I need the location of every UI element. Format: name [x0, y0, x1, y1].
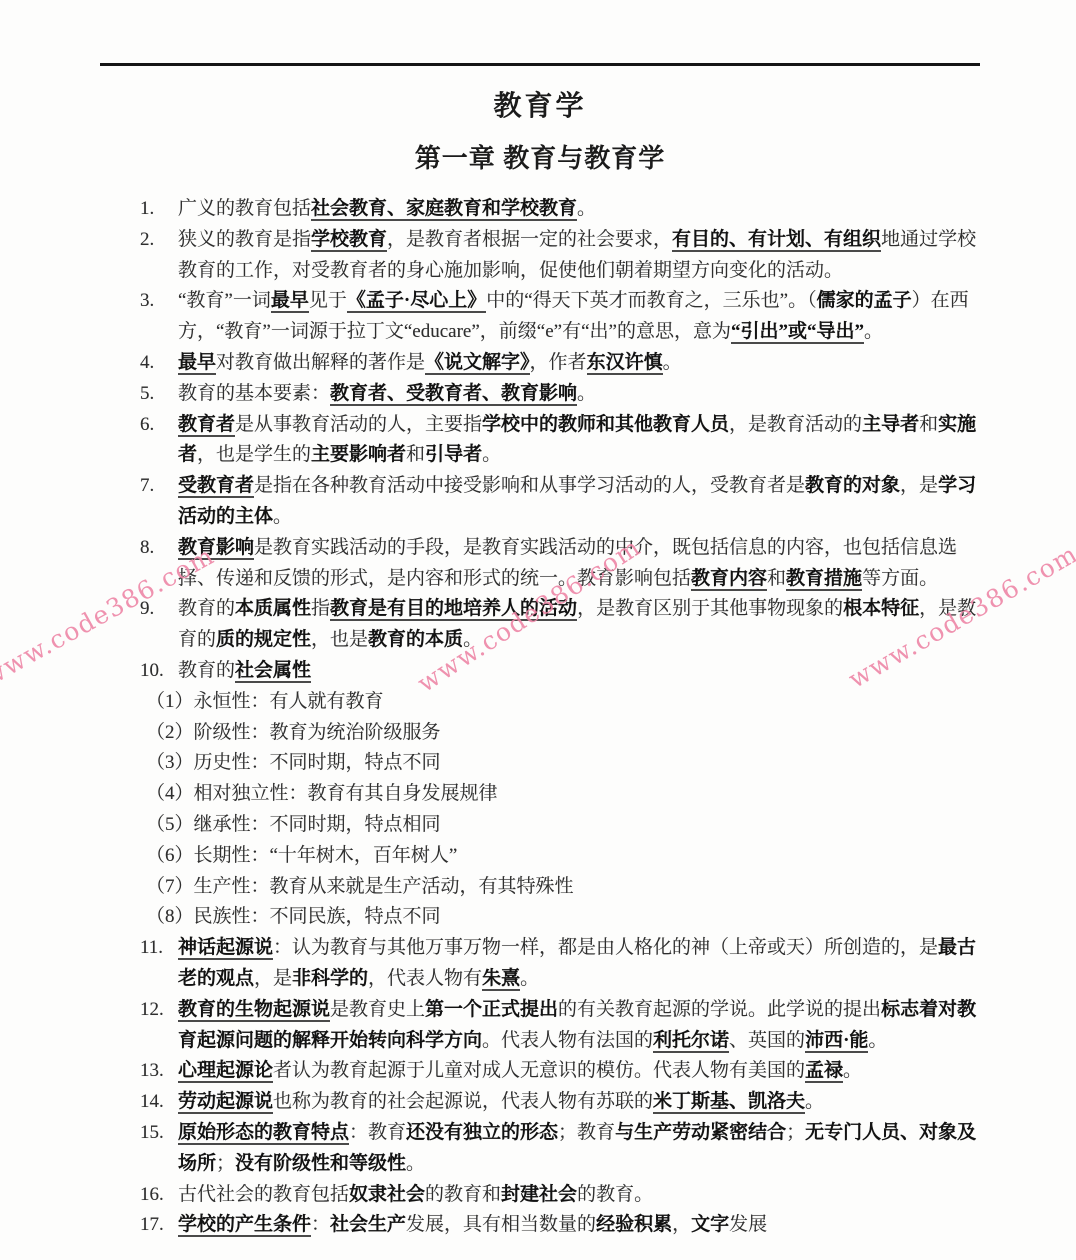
text-segment: 指 [311, 598, 330, 619]
list-item-number: 9. [140, 594, 178, 625]
text-segment: （6）长期性：“十年树木，百年树人” [146, 845, 457, 866]
text-segment: “引出”或“导出” [731, 321, 864, 344]
text-segment: 第一个正式提出 [425, 999, 558, 1020]
text-segment: ，是 [254, 968, 292, 989]
document-title: 教育学 [100, 84, 980, 124]
text-segment: 对教育做出解释的著作是 [216, 352, 425, 373]
list-item-number: 8. [140, 533, 178, 564]
list-item: 8.教育影响是教育实践活动的手段，是教育实践活动的中介，既包括信息的内容，也包括… [140, 533, 988, 595]
text-segment: 发展 [729, 1214, 767, 1235]
text-segment: 最早 [271, 290, 309, 313]
text-segment: （3）历史性：不同时期，特点不同 [146, 752, 441, 773]
text-segment: 东汉许慎 [587, 352, 663, 375]
list-item: 17.学校的产生条件：社会生产发展，具有相当数量的经验积累，文字发展 [140, 1210, 988, 1241]
list-subitem: （7）生产性：教育从来就是生产活动，有其特殊性 [140, 872, 988, 903]
text-segment: ； [786, 1122, 805, 1143]
text-segment: 社会属性 [235, 660, 311, 683]
text-segment: 。 [864, 321, 883, 342]
list-item: 9.教育的本质属性指教育是有目的地培养人的活动，是教育区别于其他事物现象的根本特… [140, 594, 988, 656]
text-segment: ，代表人物有 [368, 968, 482, 989]
text-segment: 教育的 [178, 598, 235, 619]
text-segment: 教育内容 [691, 568, 767, 591]
text-segment: 米丁斯基、凯洛夫 [653, 1091, 805, 1114]
text-segment: 引导者 [425, 444, 482, 465]
text-segment: （5）继承性：不同时期，特点相同 [146, 814, 441, 835]
document-page: 教育学 第一章 教育与教育学 1.广义的教育包括社会教育、家庭教育和学校教育。2… [0, 0, 1076, 1260]
list-item: 14.劳动起源说也称为教育的社会起源说，代表人物有苏联的米丁斯基、凯洛夫。 [140, 1087, 988, 1118]
text-segment: 非科学的 [292, 968, 368, 989]
text-segment: 教育措施 [786, 568, 862, 591]
notes-list: 1.广义的教育包括社会教育、家庭教育和学校教育。2.狭义的教育是指学校教育，是教… [140, 194, 988, 1241]
text-segment: 和 [406, 444, 425, 465]
text-segment: 。 [482, 444, 501, 465]
list-item: 7.受教育者是指在各种教育活动中接受影响和从事学习活动的人，受教育者是教育的对象… [140, 471, 988, 533]
text-segment: ：教育 [349, 1122, 406, 1143]
text-segment: 教育的本质 [368, 629, 463, 650]
text-segment: 教育的 [178, 660, 235, 681]
text-segment: 教育的基本要素： [178, 383, 330, 404]
text-segment: 。代表人物有法国的 [482, 1030, 653, 1051]
text-segment: 是指在各种教育活动中接受影响和从事学习活动的人，受教育者是 [254, 475, 805, 496]
text-segment: ，也是学生的 [197, 444, 311, 465]
text-segment: 和 [919, 414, 938, 435]
list-item-number: 12. [140, 995, 178, 1026]
text-segment: 根本特征 [843, 598, 919, 619]
text-segment: 。 [577, 383, 596, 404]
list-item: 2.狭义的教育是指学校教育，是教育者根据一定的社会要求，有目的、有计划、有组织地… [140, 225, 988, 287]
list-subitem: （6）长期性：“十年树木，百年树人” [140, 841, 988, 872]
text-segment: 发展，具有相当数量的 [406, 1214, 596, 1235]
list-item-number: 17. [140, 1210, 178, 1241]
list-item: 4.最早对教育做出解释的著作是《说文解字》，作者东汉许慎。 [140, 348, 988, 379]
text-segment: 有目的、有计划、有组织 [672, 229, 881, 252]
text-segment: 教育的对象 [805, 475, 900, 496]
list-item-number: 14. [140, 1087, 178, 1118]
text-segment: 是从事教育活动的人，主要指 [235, 414, 482, 435]
list-item-number: 11. [140, 933, 178, 964]
text-segment: 质的规定性 [216, 629, 311, 650]
list-subitem: （4）相对独立性：教育有其自身发展规律 [140, 779, 988, 810]
text-segment: ，是教育活动的 [729, 414, 862, 435]
list-item: 10.教育的社会属性 [140, 656, 988, 687]
text-segment: ，是教育者根据一定的社会要求， [387, 229, 672, 250]
text-segment: 教育者 [178, 414, 235, 437]
text-segment: 狭义的教育是指 [178, 229, 311, 250]
text-segment: 社会教育、家庭教育和学校教育 [311, 198, 577, 221]
text-segment: 。 [273, 506, 292, 527]
text-segment: 学校的产生条件 [178, 1214, 311, 1237]
text-segment: （7）生产性：教育从来就是生产活动，有其特殊性 [146, 876, 574, 897]
text-segment: ：认为教育与其他万事万物一样，都是由人格化的神（上帝或天）所创造的，是 [273, 937, 938, 958]
list-subitem: （2）阶级性：教育为统治阶级服务 [140, 718, 988, 749]
list-item: 16.古代社会的教育包括奴隶社会的教育和封建社会的教育。 [140, 1180, 988, 1211]
list-item-number: 1. [140, 194, 178, 225]
text-segment: 沛西·能 [805, 1030, 868, 1053]
text-segment: （4）相对独立性：教育有其自身发展规律 [146, 783, 498, 804]
text-segment: 。 [406, 1153, 425, 1174]
list-item-number: 15. [140, 1118, 178, 1149]
list-item: 3.“教育”一词最早见于《孟子·尽心上》中的“得天下英才而教育之，三乐也”。（儒… [140, 286, 988, 348]
text-segment: 朱熹 [482, 968, 520, 991]
text-segment: 、英国的 [729, 1030, 805, 1051]
list-subitem: （8）民族性：不同民族，特点不同 [140, 902, 988, 933]
text-segment: 教育的生物起源说 [178, 999, 330, 1022]
text-segment: 心理起源论 [178, 1060, 273, 1083]
text-segment: 古代社会的教育包括 [178, 1184, 349, 1205]
text-segment: 封建社会 [501, 1184, 577, 1205]
text-segment: 奴隶社会 [349, 1184, 425, 1205]
text-segment: 。 [520, 968, 539, 989]
list-item-number: 7. [140, 471, 178, 502]
list-item-number: 6. [140, 410, 178, 441]
text-segment: 《孟子·尽心上》 [347, 290, 486, 313]
text-segment: 主导者 [862, 414, 919, 435]
text-segment: 劳动起源说 [178, 1091, 273, 1114]
text-segment: 。 [843, 1060, 862, 1081]
text-segment: ， [672, 1214, 691, 1235]
list-item: 13.心理起源论者认为教育起源于儿童对成人无意识的模仿。代表人物有美国的孟禄。 [140, 1056, 988, 1087]
text-segment: 者认为教育起源于儿童对成人无意识的模仿。代表人物有美国的 [273, 1060, 805, 1081]
text-segment: ，也是 [311, 629, 368, 650]
text-segment: 教育影响 [178, 537, 254, 560]
text-segment: ，作者 [530, 352, 587, 373]
text-segment: 的有关教育起源的学说。此学说的提出 [558, 999, 881, 1020]
list-item-number: 16. [140, 1180, 178, 1211]
text-segment: 主要影响者 [311, 444, 406, 465]
text-segment: 。 [805, 1091, 824, 1112]
text-segment: 与生产劳动紧密结合 [615, 1122, 786, 1143]
text-segment: 。 [868, 1030, 887, 1051]
list-item-number: 2. [140, 225, 178, 256]
text-segment: 受教育者 [178, 475, 254, 498]
text-segment: 孟禄 [805, 1060, 843, 1083]
text-segment: 本质属性 [235, 598, 311, 619]
text-segment: 最早 [178, 352, 216, 375]
text-segment: 文字 [691, 1214, 729, 1235]
text-segment: ： [311, 1214, 330, 1235]
text-segment: 没有阶级性和等级性 [235, 1153, 406, 1174]
text-segment: 利托尔诺 [653, 1030, 729, 1053]
text-segment: （8）民族性：不同民族，特点不同 [146, 906, 441, 927]
list-subitem: （3）历史性：不同时期，特点不同 [140, 748, 988, 779]
text-segment: 经验积累 [596, 1214, 672, 1235]
list-subitem: （5）继承性：不同时期，特点相同 [140, 810, 988, 841]
text-segment: 。 [663, 352, 682, 373]
text-segment: ； [216, 1153, 235, 1174]
text-segment: “教育”一词 [178, 290, 271, 311]
text-segment: 教育是有目的地培养人的活动 [330, 598, 577, 621]
text-segment: 还没有独立的形态 [406, 1122, 558, 1143]
text-segment: 学校中的教师和其他教育人员 [482, 414, 729, 435]
list-item-number: 10. [140, 656, 178, 687]
list-item-number: 5. [140, 379, 178, 410]
list-item-number: 13. [140, 1056, 178, 1087]
text-segment: 。 [577, 198, 596, 219]
list-item: 1.广义的教育包括社会教育、家庭教育和学校教育。 [140, 194, 988, 225]
list-item: 12.教育的生物起源说是教育史上第一个正式提出的有关教育起源的学说。此学说的提出… [140, 995, 988, 1057]
text-segment: 见于 [309, 290, 347, 311]
text-segment: 广义的教育包括 [178, 198, 311, 219]
chapter-heading: 第一章 教育与教育学 [100, 138, 980, 175]
text-segment: 的教育和 [425, 1184, 501, 1205]
text-segment: 中的“得天下英才而教育之，三乐也”。（ [486, 290, 816, 311]
list-subitem: （1）永恒性：有人就有教育 [140, 687, 988, 718]
text-segment: ，是教育区别于其他事物现象的 [577, 598, 843, 619]
text-segment: 教育者、受教育者、教育影响 [330, 383, 577, 406]
text-segment: 。 [463, 629, 482, 650]
text-segment: 的教育。 [577, 1184, 653, 1205]
list-item: 15.原始形态的教育特点：教育还没有独立的形态；教育与生产劳动紧密结合；无专门人… [140, 1118, 988, 1180]
text-segment: ；教育 [558, 1122, 615, 1143]
list-item: 6.教育者是从事教育活动的人，主要指学校中的教师和其他教育人员，是教育活动的主导… [140, 410, 988, 472]
text-segment: ，是 [900, 475, 938, 496]
text-segment: 也称为教育的社会起源说，代表人物有苏联的 [273, 1091, 653, 1112]
text-segment: 《说文解字》 [425, 352, 530, 375]
list-item: 11.神话起源说：认为教育与其他万事万物一样，都是由人格化的神（上帝或天）所创造… [140, 933, 988, 995]
text-segment: （2）阶级性：教育为统治阶级服务 [146, 722, 441, 743]
list-item-number: 3. [140, 286, 178, 317]
text-segment: 和 [767, 568, 786, 589]
list-item-number: 4. [140, 348, 178, 379]
text-segment: 是教育史上 [330, 999, 425, 1020]
text-segment: 神话起源说 [178, 937, 273, 960]
header-rule [100, 63, 980, 66]
text-segment: （1）永恒性：有人就有教育 [146, 691, 384, 712]
text-segment: 学校教育 [311, 229, 387, 252]
text-segment: 儒家的孟子 [817, 290, 912, 311]
text-segment: 等方面。 [862, 568, 938, 589]
list-item: 5.教育的基本要素：教育者、受教育者、教育影响。 [140, 379, 988, 410]
text-segment: 社会生产 [330, 1214, 406, 1235]
text-segment: 原始形态的教育特点 [178, 1122, 349, 1145]
